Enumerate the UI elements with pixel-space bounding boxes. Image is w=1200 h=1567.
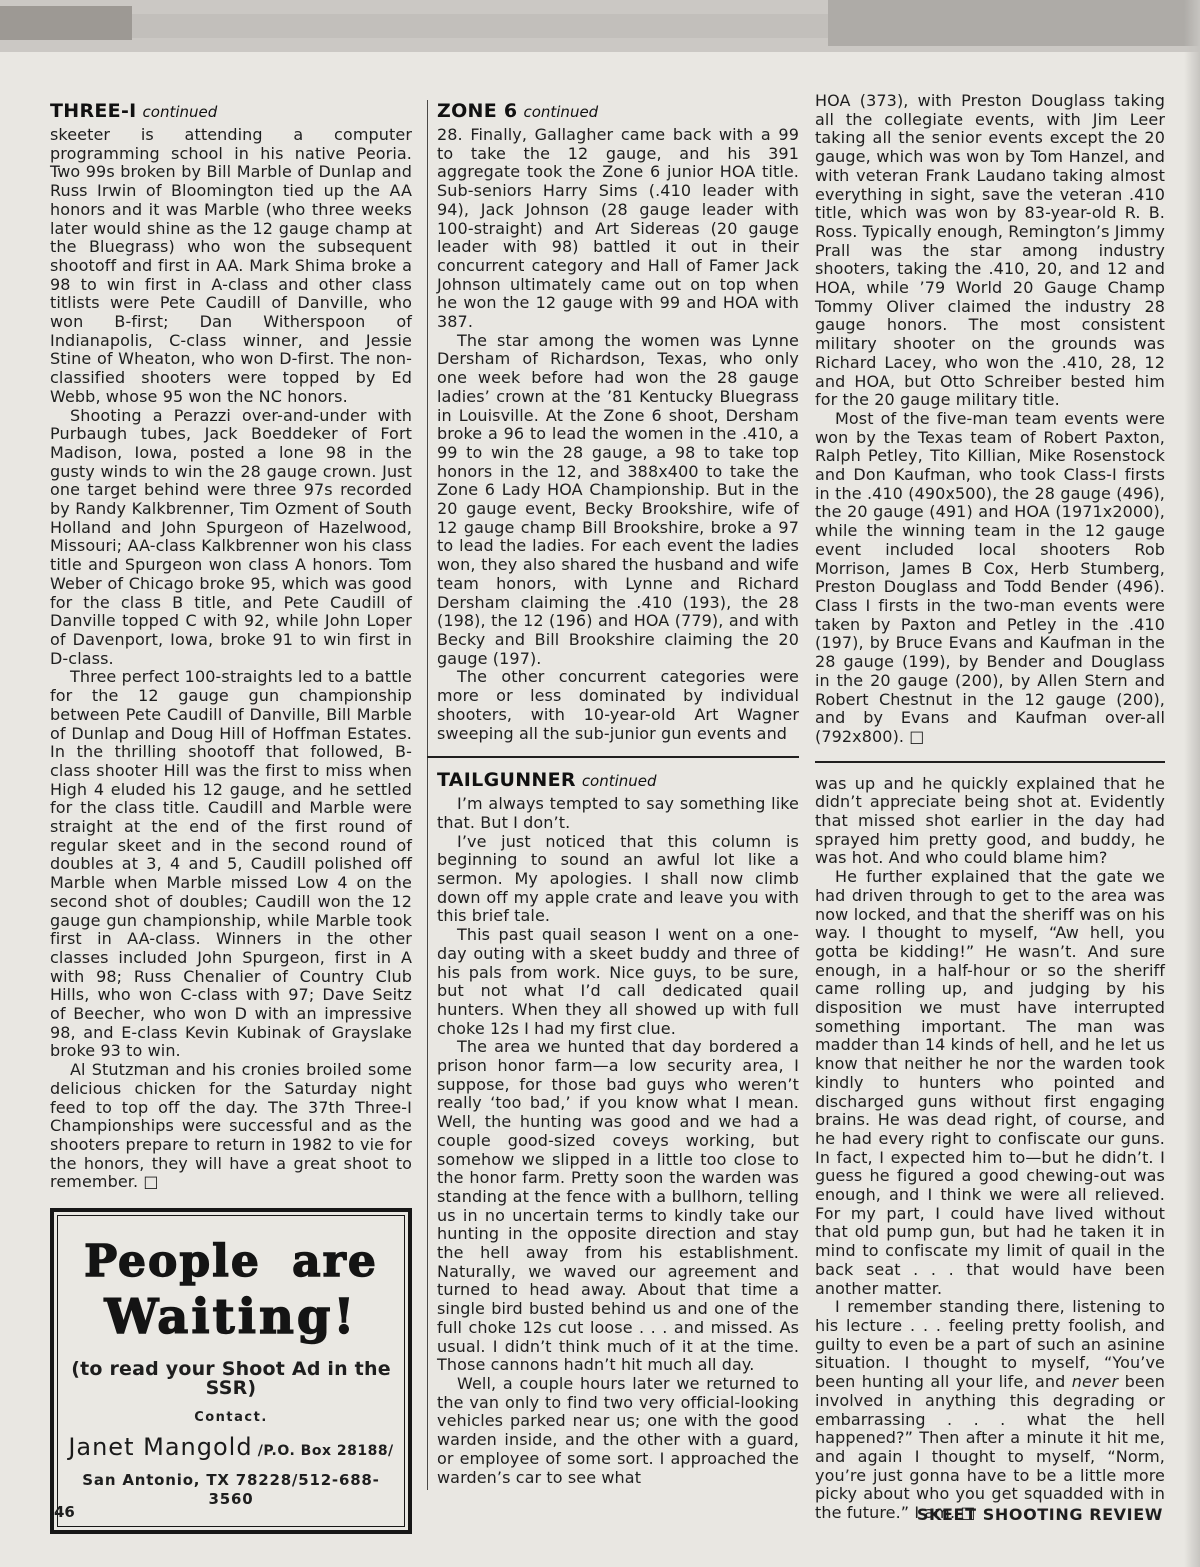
- zone6-paragraph: HOA (373), with Preston Douglass taking …: [815, 92, 1165, 410]
- zone6-paragraph: The other concurrent categories were mor…: [437, 668, 799, 743]
- ad-contact-label: Contact.: [66, 1409, 396, 1428]
- ad-contact-line: Janet Mangold /P.O. Box 28188/: [66, 1438, 396, 1461]
- article-title-text: TAILGUNNER: [437, 769, 576, 791]
- continued-label: continued: [582, 772, 657, 790]
- ad-headline-line2: Waiting!: [66, 1288, 396, 1346]
- zone6-paragraph: The star among the women was Lynne Dersh…: [437, 332, 799, 669]
- continued-label: continued: [143, 103, 218, 121]
- ad-contact-po-box: /P.O. Box 28188/: [258, 1443, 394, 1459]
- tailgunner-paragraph: Well, a couple hours later we returned t…: [437, 1375, 799, 1487]
- tailgunner-paragraph: He further explained that the gate we ha…: [815, 868, 1165, 1298]
- three-i-paragraph: Shooting a Perazzi over-and-under with P…: [50, 407, 412, 669]
- tailgunner-paragraph: was up and he quickly explained that he …: [815, 775, 1165, 869]
- magazine-page: THREE-Icontinued skeeter is attending a …: [0, 0, 1200, 1567]
- three-i-paragraph: Al Stutzman and his cronies broiled some…: [50, 1061, 412, 1192]
- scan-artifact: [1184, 0, 1200, 1567]
- ad-tagline: (to read your Shoot Ad in the SSR): [66, 1360, 396, 1397]
- text-run-italic: never: [1072, 1372, 1118, 1391]
- zone6-paragraph: 28. Finally, Gallagher came back with a …: [437, 126, 799, 332]
- scan-artifact: [828, 0, 1200, 46]
- section-divider: [815, 761, 1165, 763]
- three-i-paragraph: Three perfect 100-straights led to a bat…: [50, 668, 412, 1061]
- tailgunner-paragraph: I’m always tempted to say something like…: [437, 795, 799, 832]
- zone6-paragraph: Most of the five-man team events were wo…: [815, 410, 1165, 747]
- ad-contact-address: San Antonio, TX 78228/512-688-3560: [66, 1471, 396, 1508]
- ad-contact-name: Janet Mangold: [68, 1433, 252, 1461]
- column-1: THREE-Icontinued skeeter is attending a …: [50, 100, 412, 1534]
- column-2: ZONE 6continued 28. Finally, Gallagher c…: [437, 100, 799, 1487]
- article-title-text: THREE-I: [50, 100, 137, 122]
- scan-artifact: [132, 14, 830, 38]
- three-i-paragraph: skeeter is attending a computer programm…: [50, 126, 412, 407]
- scan-artifact: [0, 6, 132, 40]
- column-divider: [427, 100, 428, 1490]
- column-3: HOA (373), with Preston Douglass taking …: [815, 92, 1165, 1523]
- tailgunner-paragraph: This past quail season I went on a one-d…: [437, 926, 799, 1038]
- shoot-ad-inner-border: People are Waiting! (to read your Shoot …: [57, 1215, 405, 1527]
- tailgunner-paragraph: I’ve just noticed that this column is be…: [437, 833, 799, 927]
- ad-headline-line1: People are: [66, 1236, 396, 1288]
- tailgunner-paragraph: The area we hunted that day bordered a p…: [437, 1038, 799, 1375]
- tailgunner-paragraph: I remember standing there, listening to …: [815, 1298, 1165, 1522]
- page-number: 46: [54, 1503, 75, 1521]
- article-title-zone6: ZONE 6continued: [437, 100, 799, 123]
- magazine-title: SKEET SHOOTING REVIEW: [917, 1505, 1163, 1524]
- text-run: been involved in anything this degrading…: [815, 1372, 1165, 1522]
- article-title-three-i: THREE-Icontinued: [50, 100, 412, 123]
- article-title-tailgunner: TAILGUNNERcontinued: [437, 769, 799, 792]
- article-title-text: ZONE 6: [437, 100, 517, 122]
- continued-label: continued: [523, 103, 598, 121]
- section-divider: [427, 756, 799, 758]
- shoot-ad-box: People are Waiting! (to read your Shoot …: [50, 1208, 412, 1534]
